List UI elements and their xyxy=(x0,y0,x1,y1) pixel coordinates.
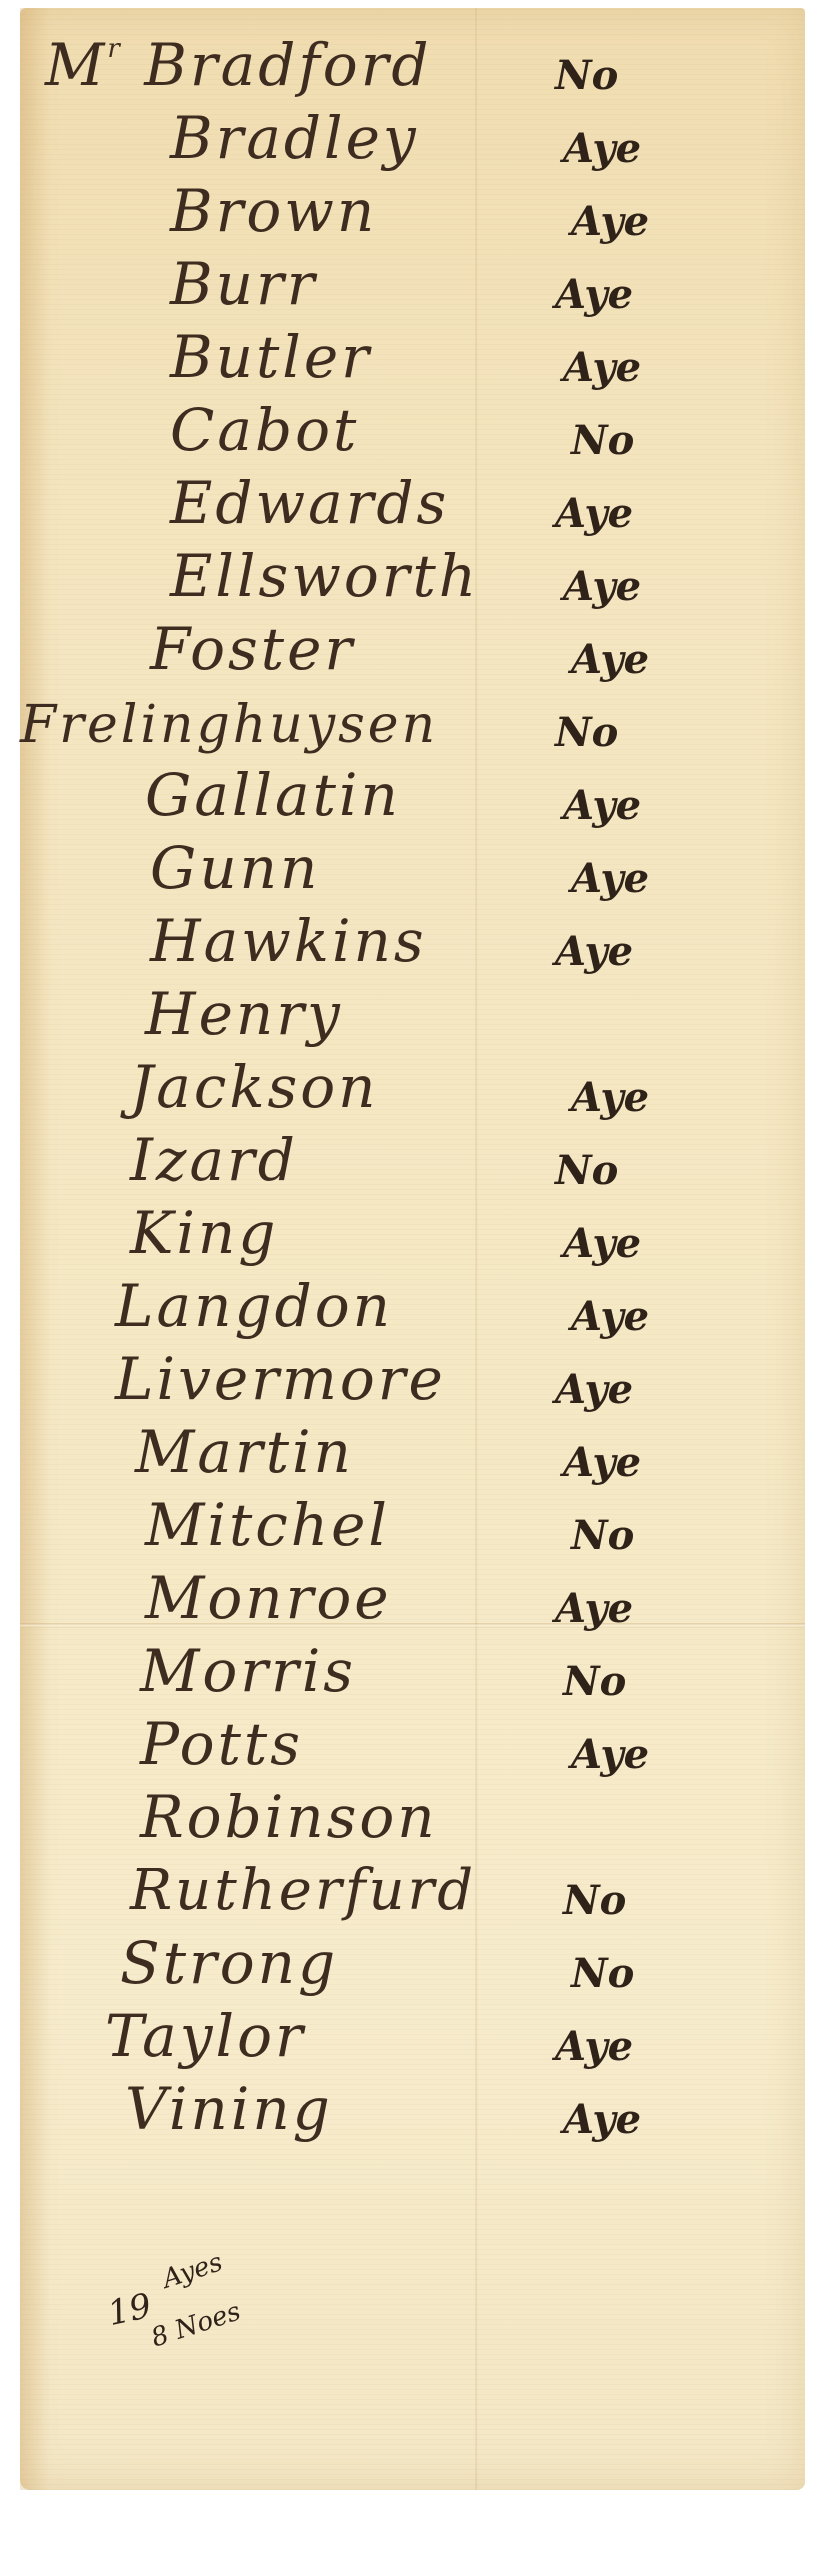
senator-name-text: Langdon xyxy=(115,1272,393,1340)
vote-mark: No xyxy=(571,1954,634,1994)
senator-name: Mitchel xyxy=(145,1496,390,1554)
senator-name: King xyxy=(130,1204,278,1262)
senator-name-text: Robinson xyxy=(140,1783,438,1851)
senator-name: Morris xyxy=(140,1642,356,1700)
senator-name-text: Bradford xyxy=(144,31,431,99)
senator-name: Martin xyxy=(135,1423,354,1481)
senator-name-text: Izard xyxy=(130,1126,298,1194)
vote-mark: Aye xyxy=(555,1370,633,1410)
roll-call-row: IzardNo xyxy=(20,1125,805,1197)
senator-name: Foster xyxy=(150,620,355,678)
roll-call-row: LangdonAye xyxy=(20,1271,805,1343)
senator-name: Butler xyxy=(170,328,372,386)
roll-call-row: MonroeAye xyxy=(20,1563,805,1635)
senator-name-text: Cabot xyxy=(170,396,359,464)
senator-name-text: Frelinghuysen xyxy=(20,695,438,755)
senator-name: Vining xyxy=(125,2080,333,2138)
roll-call-row: BrownAye xyxy=(20,176,805,248)
senator-name-text: Martin xyxy=(135,1418,354,1486)
vote-mark: No xyxy=(563,1662,626,1702)
roll-call-row: EdwardsAye xyxy=(20,468,805,540)
vote-mark: Aye xyxy=(571,1078,649,1118)
senator-name-text: Potts xyxy=(140,1710,303,1778)
vote-mark: Aye xyxy=(563,1443,641,1483)
tally-noes-label: 8 Noes xyxy=(148,2297,245,2354)
senator-name-text: Hawkins xyxy=(150,907,427,975)
senator-name-text: Henry xyxy=(145,980,343,1048)
roll-call-row: GunnAye xyxy=(20,833,805,905)
roll-call-row: EllsworthAye xyxy=(20,541,805,613)
senator-name: Bradley xyxy=(170,109,419,167)
tally-ayes-label: Ayes xyxy=(159,2247,226,2294)
senator-name: Hawkins xyxy=(150,912,427,970)
senator-name: Taylor xyxy=(105,2007,306,2065)
tally-noes-text: Noes xyxy=(171,2297,244,2346)
roll-call-row: BurrAye xyxy=(20,249,805,321)
senator-name: Potts xyxy=(140,1715,303,1773)
senator-name-text: Strong xyxy=(120,1929,338,1997)
vote-mark: Aye xyxy=(571,640,649,680)
roll-call-row: CabotNo xyxy=(20,395,805,467)
roll-call-row: Mr BradfordNo xyxy=(20,30,805,102)
senator-name-text: Gunn xyxy=(150,834,320,902)
vote-mark: Aye xyxy=(571,1735,649,1775)
honorific-title: M xyxy=(45,31,107,99)
senator-name: Rutherfurd xyxy=(130,1863,476,1919)
vote-mark: Aye xyxy=(563,348,641,388)
roll-call-row: HawkinsAye xyxy=(20,906,805,978)
vote-mark: No xyxy=(555,56,618,96)
senator-name: Henry xyxy=(145,985,343,1043)
senator-name: Monroe xyxy=(145,1569,392,1627)
senator-name-text: Foster xyxy=(150,615,355,683)
senator-name-text: King xyxy=(130,1199,278,1267)
vote-mark: Aye xyxy=(555,932,633,972)
vote-mark: Aye xyxy=(563,2100,641,2140)
vote-mark: Aye xyxy=(555,275,633,315)
vote-mark: Aye xyxy=(563,567,641,607)
senator-name-text: Bradley xyxy=(170,104,419,172)
senator-name-text: Ellsworth xyxy=(170,542,479,610)
vote-mark: Aye xyxy=(571,859,649,899)
honorific-prefix: Mr xyxy=(45,31,123,99)
senator-name: Langdon xyxy=(115,1277,393,1335)
senator-name-text: Butler xyxy=(170,323,372,391)
vote-mark: Aye xyxy=(555,2027,633,2067)
vote-mark: Aye xyxy=(571,1297,649,1337)
roll-call-row: MitchelNo xyxy=(20,1490,805,1562)
senator-name: Mr Bradford xyxy=(45,36,432,94)
roll-call-row: PottsAye xyxy=(20,1709,805,1781)
senator-name-text: Mitchel xyxy=(145,1491,390,1559)
senator-name: Jackson xyxy=(130,1058,379,1116)
senator-name: Strong xyxy=(120,1934,338,1992)
roll-call-row: Henry xyxy=(20,979,805,1051)
roll-call-row: ViningAye xyxy=(20,2074,805,2146)
vote-mark: Aye xyxy=(563,129,641,169)
roll-call-row: MorrisNo xyxy=(20,1636,805,1708)
roll-call-row: LivermoreAye xyxy=(20,1344,805,1416)
vote-mark: Aye xyxy=(563,1224,641,1264)
roll-call-row: FosterAye xyxy=(20,614,805,686)
senator-name-text: Livermore xyxy=(115,1345,446,1413)
vote-mark: No xyxy=(571,421,634,461)
roll-call-row: FrelinghuysenNo xyxy=(20,687,805,759)
senator-name: Robinson xyxy=(140,1788,438,1846)
vote-mark: No xyxy=(563,1881,626,1921)
vote-mark: No xyxy=(555,1151,618,1191)
senator-name-text: Morris xyxy=(140,1637,356,1705)
senator-name: Gallatin xyxy=(145,766,401,824)
senator-name-text: Gallatin xyxy=(145,761,401,829)
roll-call-row: GallatinAye xyxy=(20,760,805,832)
roll-call-row: KingAye xyxy=(20,1198,805,1270)
senator-name: Cabot xyxy=(170,401,359,459)
roll-call-row: JacksonAye xyxy=(20,1052,805,1124)
senator-name-text: Brown xyxy=(170,177,377,245)
honorific-superscript: r xyxy=(107,34,122,64)
senator-name: Brown xyxy=(170,182,377,240)
senator-name-text: Vining xyxy=(125,2075,333,2143)
roll-call-row: TaylorAye xyxy=(20,2001,805,2073)
senator-name: Livermore xyxy=(115,1350,446,1408)
vote-mark: Aye xyxy=(555,494,633,534)
vote-mark: Aye xyxy=(563,786,641,826)
vote-mark: No xyxy=(571,1516,634,1556)
roll-call-row: Robinson xyxy=(20,1782,805,1854)
roll-call-row: RutherfurdNo xyxy=(20,1855,805,1927)
vote-mark: Aye xyxy=(555,1589,633,1629)
senator-name-text: Rutherfurd xyxy=(130,1858,476,1923)
senator-name: Izard xyxy=(130,1131,298,1189)
roll-call-row: BradleyAye xyxy=(20,103,805,175)
senator-name: Gunn xyxy=(150,839,320,897)
vote-mark: Aye xyxy=(571,202,649,242)
roll-call-row: StrongNo xyxy=(20,1928,805,2000)
tally-noes-count: 8 xyxy=(148,2320,173,2354)
senator-name: Burr xyxy=(170,255,317,313)
vote-mark: No xyxy=(555,713,618,753)
senator-name: Frelinghuysen xyxy=(20,699,438,751)
manuscript-page: Mr BradfordNoBradleyAyeBrownAyeBurrAyeBu… xyxy=(20,8,805,2490)
senator-name: Ellsworth xyxy=(170,547,479,605)
roll-call-row: MartinAye xyxy=(20,1417,805,1489)
roll-call-row: ButlerAye xyxy=(20,322,805,394)
senator-name-text: Jackson xyxy=(130,1053,379,1121)
senator-name-text: Monroe xyxy=(145,1564,392,1632)
senator-name-text: Edwards xyxy=(170,469,449,537)
senator-name-text: Burr xyxy=(170,250,317,318)
senator-name-text: Taylor xyxy=(105,2002,306,2070)
senator-name: Edwards xyxy=(170,474,449,532)
vote-tally-note: 19 Ayes 8 Noes xyxy=(80,2228,280,2348)
